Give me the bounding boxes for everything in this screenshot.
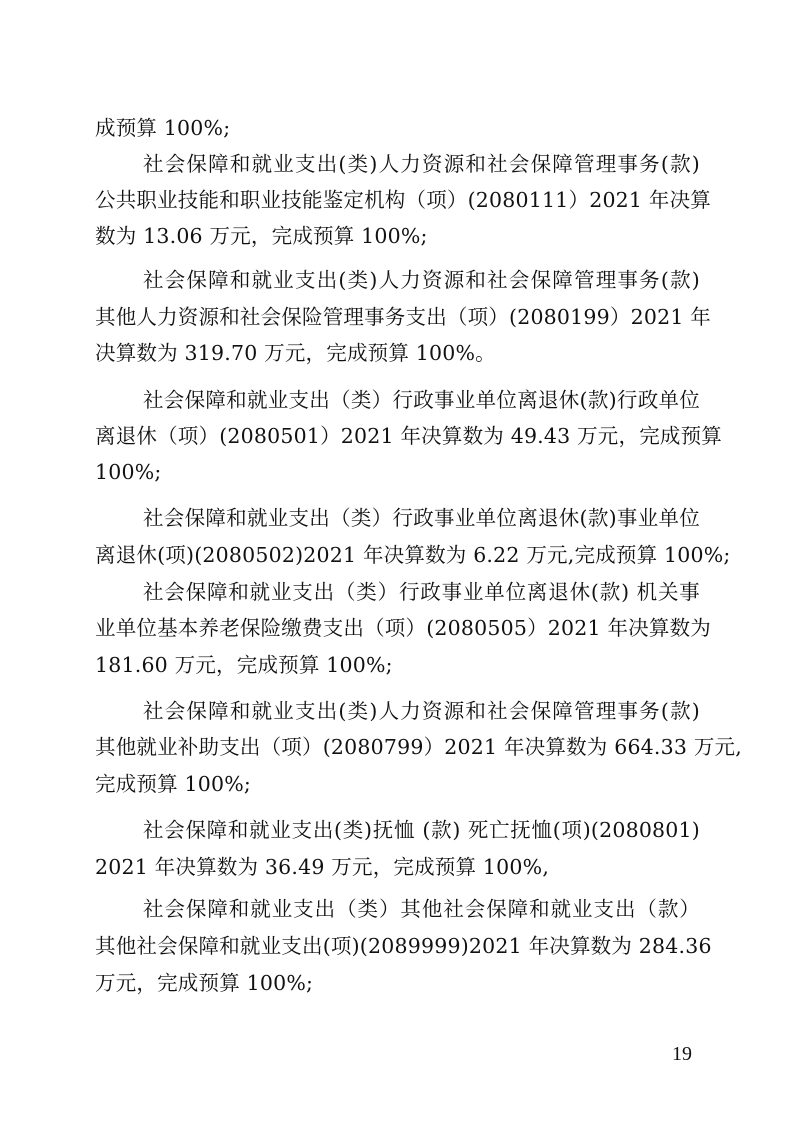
paragraph-line: 社会保障和就业支出（类）行政事业单位离退休(款)行政单位 (143, 388, 700, 412)
page-number: 19 (672, 1042, 692, 1066)
paragraph-line: 社会保障和就业支出（类）行政事业单位离退休(款)事业单位 (143, 506, 700, 530)
paragraph-line: 完成预算 100%; (95, 772, 700, 796)
paragraph-line: 2021 年决算数为 36.49 万元，完成预算 100%, (95, 855, 700, 879)
paragraph-line: 成预算 100%; (95, 116, 700, 140)
paragraph-line: 其他人力资源和社会保险管理事务支出（项）(2080199）2021 年 (95, 305, 700, 329)
paragraph-line: 离退休(项)(2080502)2021 年决算数为 6.22 万元,完成预算 1… (95, 543, 700, 567)
paragraph-line: 其他社会保障和就业支出(项)(2089999)2021 年决算数为 284.36 (95, 934, 700, 958)
paragraph-line: 社会保障和就业支出(类)人力资源和社会保障管理事务(款) (143, 268, 700, 292)
paragraph-line: 181.60 万元，完成预算 100%; (95, 653, 700, 677)
document-page: 成预算 100%; 社会保障和就业支出(类)人力资源和社会保障管理事务(款) 公… (0, 0, 793, 1122)
paragraph-line: 数为 13.06 万元，完成预算 100%; (95, 224, 700, 248)
paragraph-line: 万元，完成预算 100%; (95, 971, 700, 995)
paragraph-line: 社会保障和就业支出（类）其他社会保障和就业支出（款） (143, 897, 700, 921)
paragraph-line: 公共职业技能和职业技能鉴定机构（项）(2080111）2021 年决算 (95, 188, 700, 212)
paragraph-line: 社会保障和就业支出(类)人力资源和社会保障管理事务(款) (143, 152, 700, 176)
paragraph-line: 100%; (95, 460, 700, 484)
paragraph-line: 其他就业补助支出（项）(2080799）2021 年决算数为 664.33 万元… (95, 735, 700, 759)
paragraph-line: 决算数为 319.70 万元，完成预算 100%。 (95, 341, 700, 365)
paragraph-line: 社会保障和就业支出(类)抚恤 (款) 死亡抚恤(项)(2080801) (143, 818, 700, 842)
paragraph-line: 社会保障和就业支出（类）行政事业单位离退休(款) 机关事 (143, 580, 700, 604)
paragraph-line: 业单位基本养老保险缴费支出（项）(2080505）2021 年决算数为 (95, 616, 700, 640)
paragraph-line: 离退休（项）(2080501）2021 年决算数为 49.43 万元，完成预算 (95, 424, 700, 448)
paragraph-line: 社会保障和就业支出(类)人力资源和社会保障管理事务(款) (143, 699, 700, 723)
